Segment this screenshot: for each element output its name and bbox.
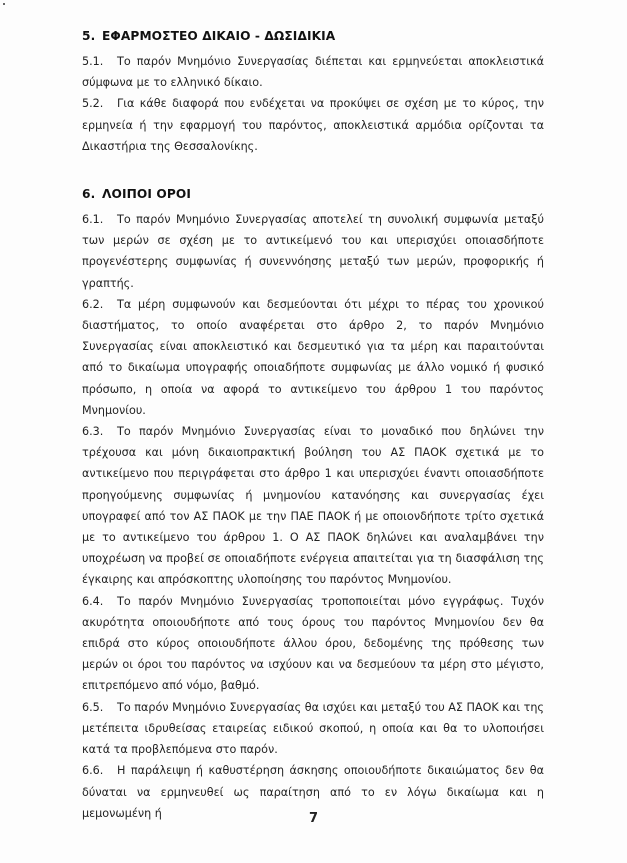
section-5: 5.ΕΦΑΡΜΟΣΤΕΟ ΔΙΚΑΙΟ - ΔΩΣΙΔΙΚΙΑ 5.1.Το π…: [82, 26, 544, 157]
section-heading: 6.ΛΟΙΠΟΙ ΟΡΟΙ: [82, 184, 544, 204]
section-title: ΛΟΙΠΟΙ ΟΡΟΙ: [102, 187, 191, 201]
clause-5-2: 5.2.Για κάθε διαφορά που ενδέχεται να πρ…: [82, 93, 544, 157]
page-number: 7: [0, 811, 627, 826]
clause-6-4: 6.4.Το παρόν Μνημόνιο Συνεργασίας τροποπ…: [82, 591, 544, 697]
clause-6-3: 6.3.Το παρόν Μνημόνιο Συνεργασίας είναι …: [82, 421, 544, 591]
section-6: 6.ΛΟΙΠΟΙ ΟΡΟΙ 6.1.Το παρόν Μνημόνιο Συνε…: [82, 184, 544, 824]
clause-6-1: 6.1.Το παρόν Μνημόνιο Συνεργασίας αποτελ…: [82, 209, 544, 294]
clause-6-5: 6.5.Το παρόν Μνημόνιο Συνεργασίας θα ισχ…: [82, 697, 544, 761]
document-page: 5.ΕΦΑΡΜΟΣΤΕΟ ΔΙΚΑΙΟ - ΔΩΣΙΔΙΚΙΑ 5.1.Το π…: [0, 0, 627, 863]
section-title: ΕΦΑΡΜΟΣΤΕΟ ΔΙΚΑΙΟ - ΔΩΣΙΔΙΚΙΑ: [102, 29, 335, 43]
clause-6-2: 6.2.Τα μέρη συμφωνούν και δεσμεύονται ότ…: [82, 294, 544, 421]
scan-speck: [3, 3, 5, 5]
section-heading: 5.ΕΦΑΡΜΟΣΤΕΟ ΔΙΚΑΙΟ - ΔΩΣΙΔΙΚΙΑ: [82, 26, 544, 46]
clause-5-1: 5.1.Το παρόν Μνημόνιο Συνεργασίας διέπετ…: [82, 51, 544, 93]
document-body: 5.ΕΦΑΡΜΟΣΤΕΟ ΔΙΚΑΙΟ - ΔΩΣΙΔΙΚΙΑ 5.1.Το π…: [82, 26, 544, 824]
